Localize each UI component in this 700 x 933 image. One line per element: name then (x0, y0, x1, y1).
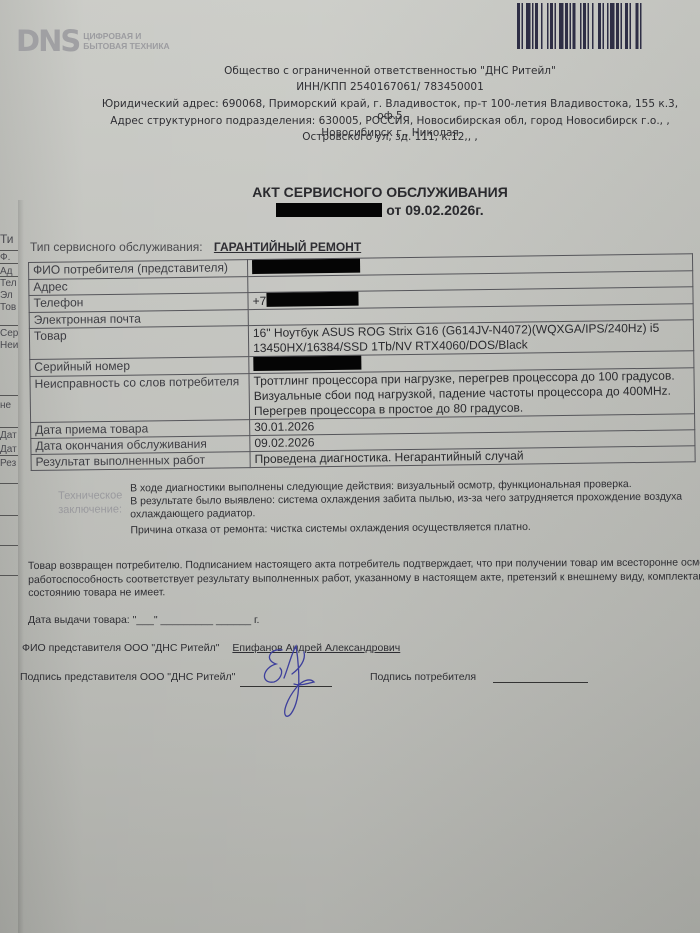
fragment: Эл (0, 291, 13, 301)
fragment: Ти (0, 233, 14, 245)
consumer-signature-label: Подпись потребителя (370, 671, 476, 683)
dns-logo: DNS ЦИФРОВАЯ И БЫТОВАЯ ТЕХНИКА (16, 24, 170, 58)
consumer-signature: Подпись потребителя (370, 671, 476, 683)
fragment: Рез (0, 459, 16, 469)
technical-conclusion-text: В ходе диагностики выполнены следующие д… (130, 477, 698, 537)
logo-mark: DNS (16, 24, 79, 58)
redacted-value (253, 356, 361, 371)
fragment: Тов (0, 303, 16, 313)
document-title: АКТ СЕРВИСНОГО ОБСЛУЖИВАНИЯ (200, 184, 560, 200)
fragment: Дат (0, 445, 17, 455)
row-label: Товар (29, 326, 248, 360)
fragment: Неи (0, 341, 18, 351)
barcode-icon (517, 3, 679, 49)
redacted-value (252, 259, 360, 274)
consumer-signature-line (493, 682, 588, 683)
fragment: Дат (0, 431, 17, 441)
org-name: Общество с ограниченной ответственностью… (90, 65, 690, 77)
handwritten-signature (240, 638, 340, 728)
row-value: Троттлинг процессора при нагрузке, перег… (249, 368, 695, 420)
logo-subtitle-line2: БЫТОВАЯ ТЕХНИКА (83, 41, 169, 51)
document-number-date: от 09.02.2026г. (200, 202, 560, 218)
signature-row: Подпись представителя ООО "ДНС Ритейл" (20, 671, 235, 683)
fragment: Тел (0, 279, 17, 289)
issue-date: Дата выдачи товара: "___" _________ ____… (28, 614, 259, 626)
issue-date-label: Дата выдачи товара: (28, 614, 130, 626)
org-division-address-line2: Островского ул, зд. 111, к.12,, , (90, 131, 690, 143)
tech-label-line1: Техническое (58, 489, 122, 502)
redacted-document-number (276, 203, 382, 217)
tech-label-line2: заключение: (58, 503, 122, 516)
technical-conclusion-label: Техническое заключение: (58, 488, 128, 517)
org-inn-kpp: ИНН/КПП 2540167061/ 783450001 (90, 81, 690, 93)
representative-name-label: ФИО представителя ООО "ДНС Ритейл" (22, 642, 219, 654)
representative-signature-label: Подпись представителя ООО "ДНС Ритейл" (20, 671, 235, 683)
row-value-text: +7 (252, 294, 266, 308)
representative-name-row: ФИО представителя ООО "ДНС Ритейл" Епифа… (22, 642, 400, 654)
issue-date-blank: "___" _________ ______ г. (133, 614, 260, 626)
logo-subtitle-line1: ЦИФРОВАЯ И (83, 31, 141, 41)
row-label: Неисправность со слов потребителя (30, 374, 250, 423)
row-label: Результат выполненных работ (31, 452, 250, 471)
service-info-table: ФИО потребителя (представителя)Адрес Тел… (28, 253, 696, 471)
underlying-page-fragments: Ти Ф. Ад Тел Эл Тов Сер Неи не Дат Дат Р… (0, 215, 20, 635)
service-type-label: Тип сервисного обслуживания: (30, 240, 203, 254)
service-type-value: ГАРАНТИЙНЫЙ РЕМОНТ (214, 240, 361, 254)
document-date: от 09.02.2026г. (386, 202, 483, 218)
fragment: Ф. (0, 253, 10, 263)
fragment: не (0, 401, 11, 411)
fragment: Сер (0, 329, 18, 339)
service-type: Тип сервисного обслуживания: ГАРАНТИЙНЫЙ… (30, 240, 361, 254)
return-notice: Товар возвращен потребителю. Подписанием… (28, 556, 700, 600)
logo-subtitle: ЦИФРОВАЯ И БЫТОВАЯ ТЕХНИКА (83, 31, 169, 51)
redacted-value (266, 292, 358, 307)
